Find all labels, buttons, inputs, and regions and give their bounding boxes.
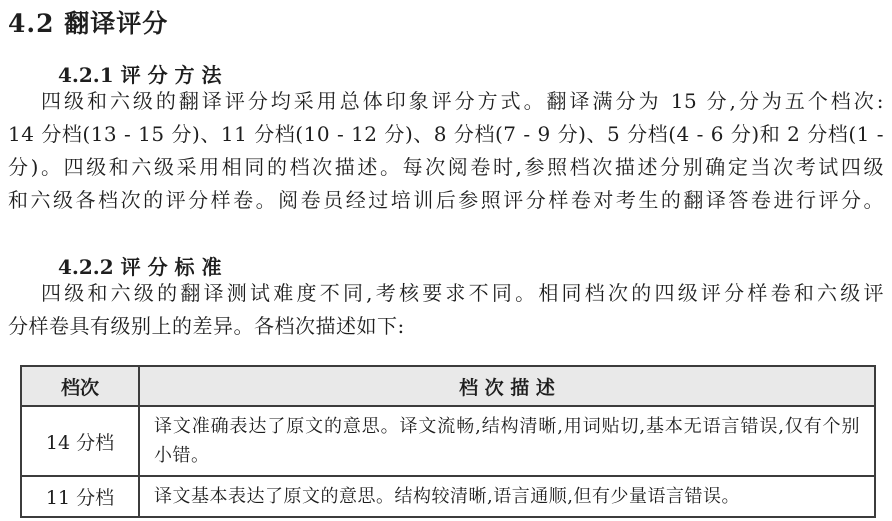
table-row: 11 分档 译文基本表达了原文的意思。结构较清晰,语言通顺,但有少量语言错误。 — [21, 476, 875, 517]
table-header-level: 档次 — [21, 366, 139, 406]
paragraph-422-line-2: 分样卷具有级别上的差异。各档次描述如下: — [8, 310, 884, 343]
paragraph-scoring-method: 四级和六级的翻译评分均采用总体印象评分方式。翻译满分为 15 分,分为五个档次:… — [8, 85, 884, 217]
section-heading-422: 4.2.2 评 分 标 准 — [58, 251, 222, 280]
table-row: 14 分档 译文准确表达了原文的意思。译文流畅,结构清晰,用词贴切,基本无语言错… — [21, 406, 875, 476]
paragraph-422-line-1: 四级和六级的翻译测试难度不同,考核要求不同。相同档次的四级评分样卷和六级评 — [8, 277, 884, 310]
section-heading-421: 4.2.1 评 分 方 法 — [58, 59, 222, 88]
paragraph-421-line-1: 四级和六级的翻译评分均采用总体印象评分方式。翻译满分为 15 分,分为五个档次: — [8, 85, 884, 118]
level-cell-14: 14 分档 — [21, 406, 139, 476]
table-header-description: 档 次 描 述 — [139, 366, 875, 406]
paragraph-421-line-3: 分)。四级和六级采用相同的档次描述。每次阅卷时,参照档次描述分别确定当次考试四级 — [8, 151, 884, 184]
score-band-table: 档次 档 次 描 述 14 分档 译文准确表达了原文的意思。译文流畅,结构清晰,… — [20, 365, 876, 518]
paragraph-scoring-criteria: 四级和六级的翻译测试难度不同,考核要求不同。相同档次的四级评分样卷和六级评 分样… — [8, 277, 884, 343]
paragraph-421-line-2: 14 分档(13 - 15 分)、11 分档(10 - 12 分)、8 分档(7… — [8, 118, 884, 151]
document-page: 4.2 翻译评分 4.2.1 评 分 方 法 四级和六级的翻译评分均采用总体印象… — [0, 0, 892, 521]
level-cell-11: 11 分档 — [21, 476, 139, 517]
paragraph-421-line-4: 和六级各档次的评分样卷。阅卷员经过培训后参照评分样卷对考生的翻译答卷进行评分。 — [8, 184, 884, 217]
page-title: 4.2 翻译评分 — [8, 4, 168, 40]
table-header-row: 档次 档 次 描 述 — [21, 366, 875, 406]
description-cell-11: 译文基本表达了原文的意思。结构较清晰,语言通顺,但有少量语言错误。 — [139, 476, 875, 517]
description-cell-14: 译文准确表达了原文的意思。译文流畅,结构清晰,用词贴切,基本无语言错误,仅有个别… — [139, 406, 875, 476]
